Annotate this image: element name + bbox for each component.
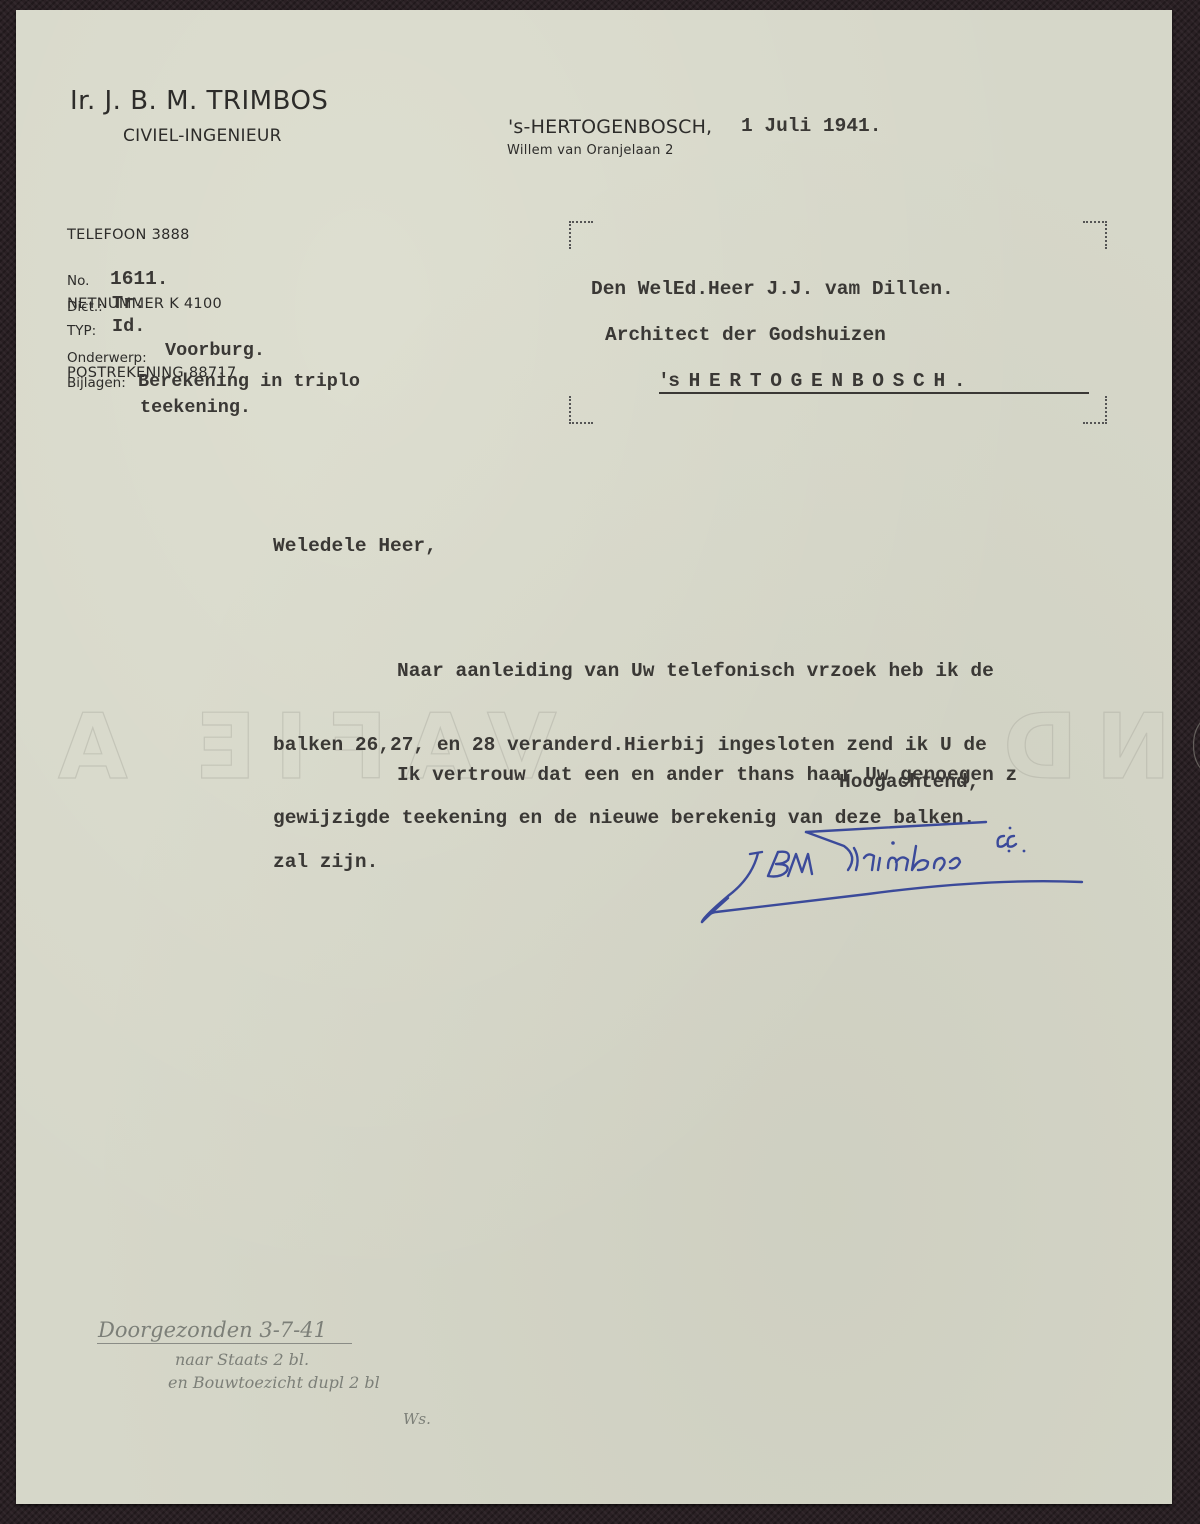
recipient-city-underline xyxy=(659,392,1089,394)
dict-label: Dict.: xyxy=(67,299,103,315)
closing: Hoogachtend, xyxy=(839,771,979,793)
address-window-corner-tl xyxy=(569,221,593,249)
note-line-4: Ws. xyxy=(403,1410,431,1428)
salutation: Weledele Heer, xyxy=(273,535,437,557)
letterhead-city: 's-HERTOGENBOSCH, xyxy=(508,116,712,138)
address-window-corner-br xyxy=(1083,396,1107,424)
recipient-city: 's H E R T O G E N B O S C H . xyxy=(658,370,964,392)
attachments-line-1: Berekening in triplo xyxy=(138,371,360,392)
note-line-2: naar Staats 2 bl. xyxy=(175,1350,309,1369)
note-line-1: Doorgezonden 3-7-41 xyxy=(98,1318,327,1342)
signature-icon xyxy=(688,818,1108,938)
letter-date: 1 Juli 1941. xyxy=(741,115,881,137)
recipient-name: Den WelEd.Heer J.J. vam Dillen. xyxy=(591,278,954,300)
recipient-title: Architect der Godshuizen xyxy=(605,324,886,346)
watermark-right: OND xyxy=(985,695,1200,800)
signature: JBM Trimbos c.c. xyxy=(680,800,1100,920)
attachments-label: Bijlagen: xyxy=(67,375,126,391)
typ-value: Id. xyxy=(112,316,145,337)
letterhead-name: Ir. J. B. M. TRIMBOS xyxy=(70,86,328,116)
dict-value: Tr. xyxy=(112,293,145,314)
subject-label: Onderwerp: xyxy=(67,350,147,366)
letterhead-title: CIVIEL-INGENIEUR xyxy=(123,126,282,146)
subject-value: Voorburg. xyxy=(165,340,265,361)
note-underline xyxy=(97,1343,352,1344)
no-value: 1611. xyxy=(110,268,169,290)
typ-label: TYP: xyxy=(67,323,96,339)
paragraph-1-line-1: Naar aanleiding van Uw telefonisch vrzoe… xyxy=(273,659,994,684)
attachments-line-2: teekening. xyxy=(140,397,251,418)
letterhead-address: Willem van Oranjelaan 2 xyxy=(507,143,674,158)
note-line-3: en Bouwtoezicht dupl 2 bl xyxy=(168,1373,380,1392)
address-window-corner-tr xyxy=(1083,221,1107,249)
address-window-corner-bl xyxy=(569,396,593,424)
contact-phone: TELEFOON 3888 xyxy=(67,224,236,247)
no-label: No. xyxy=(67,273,89,289)
